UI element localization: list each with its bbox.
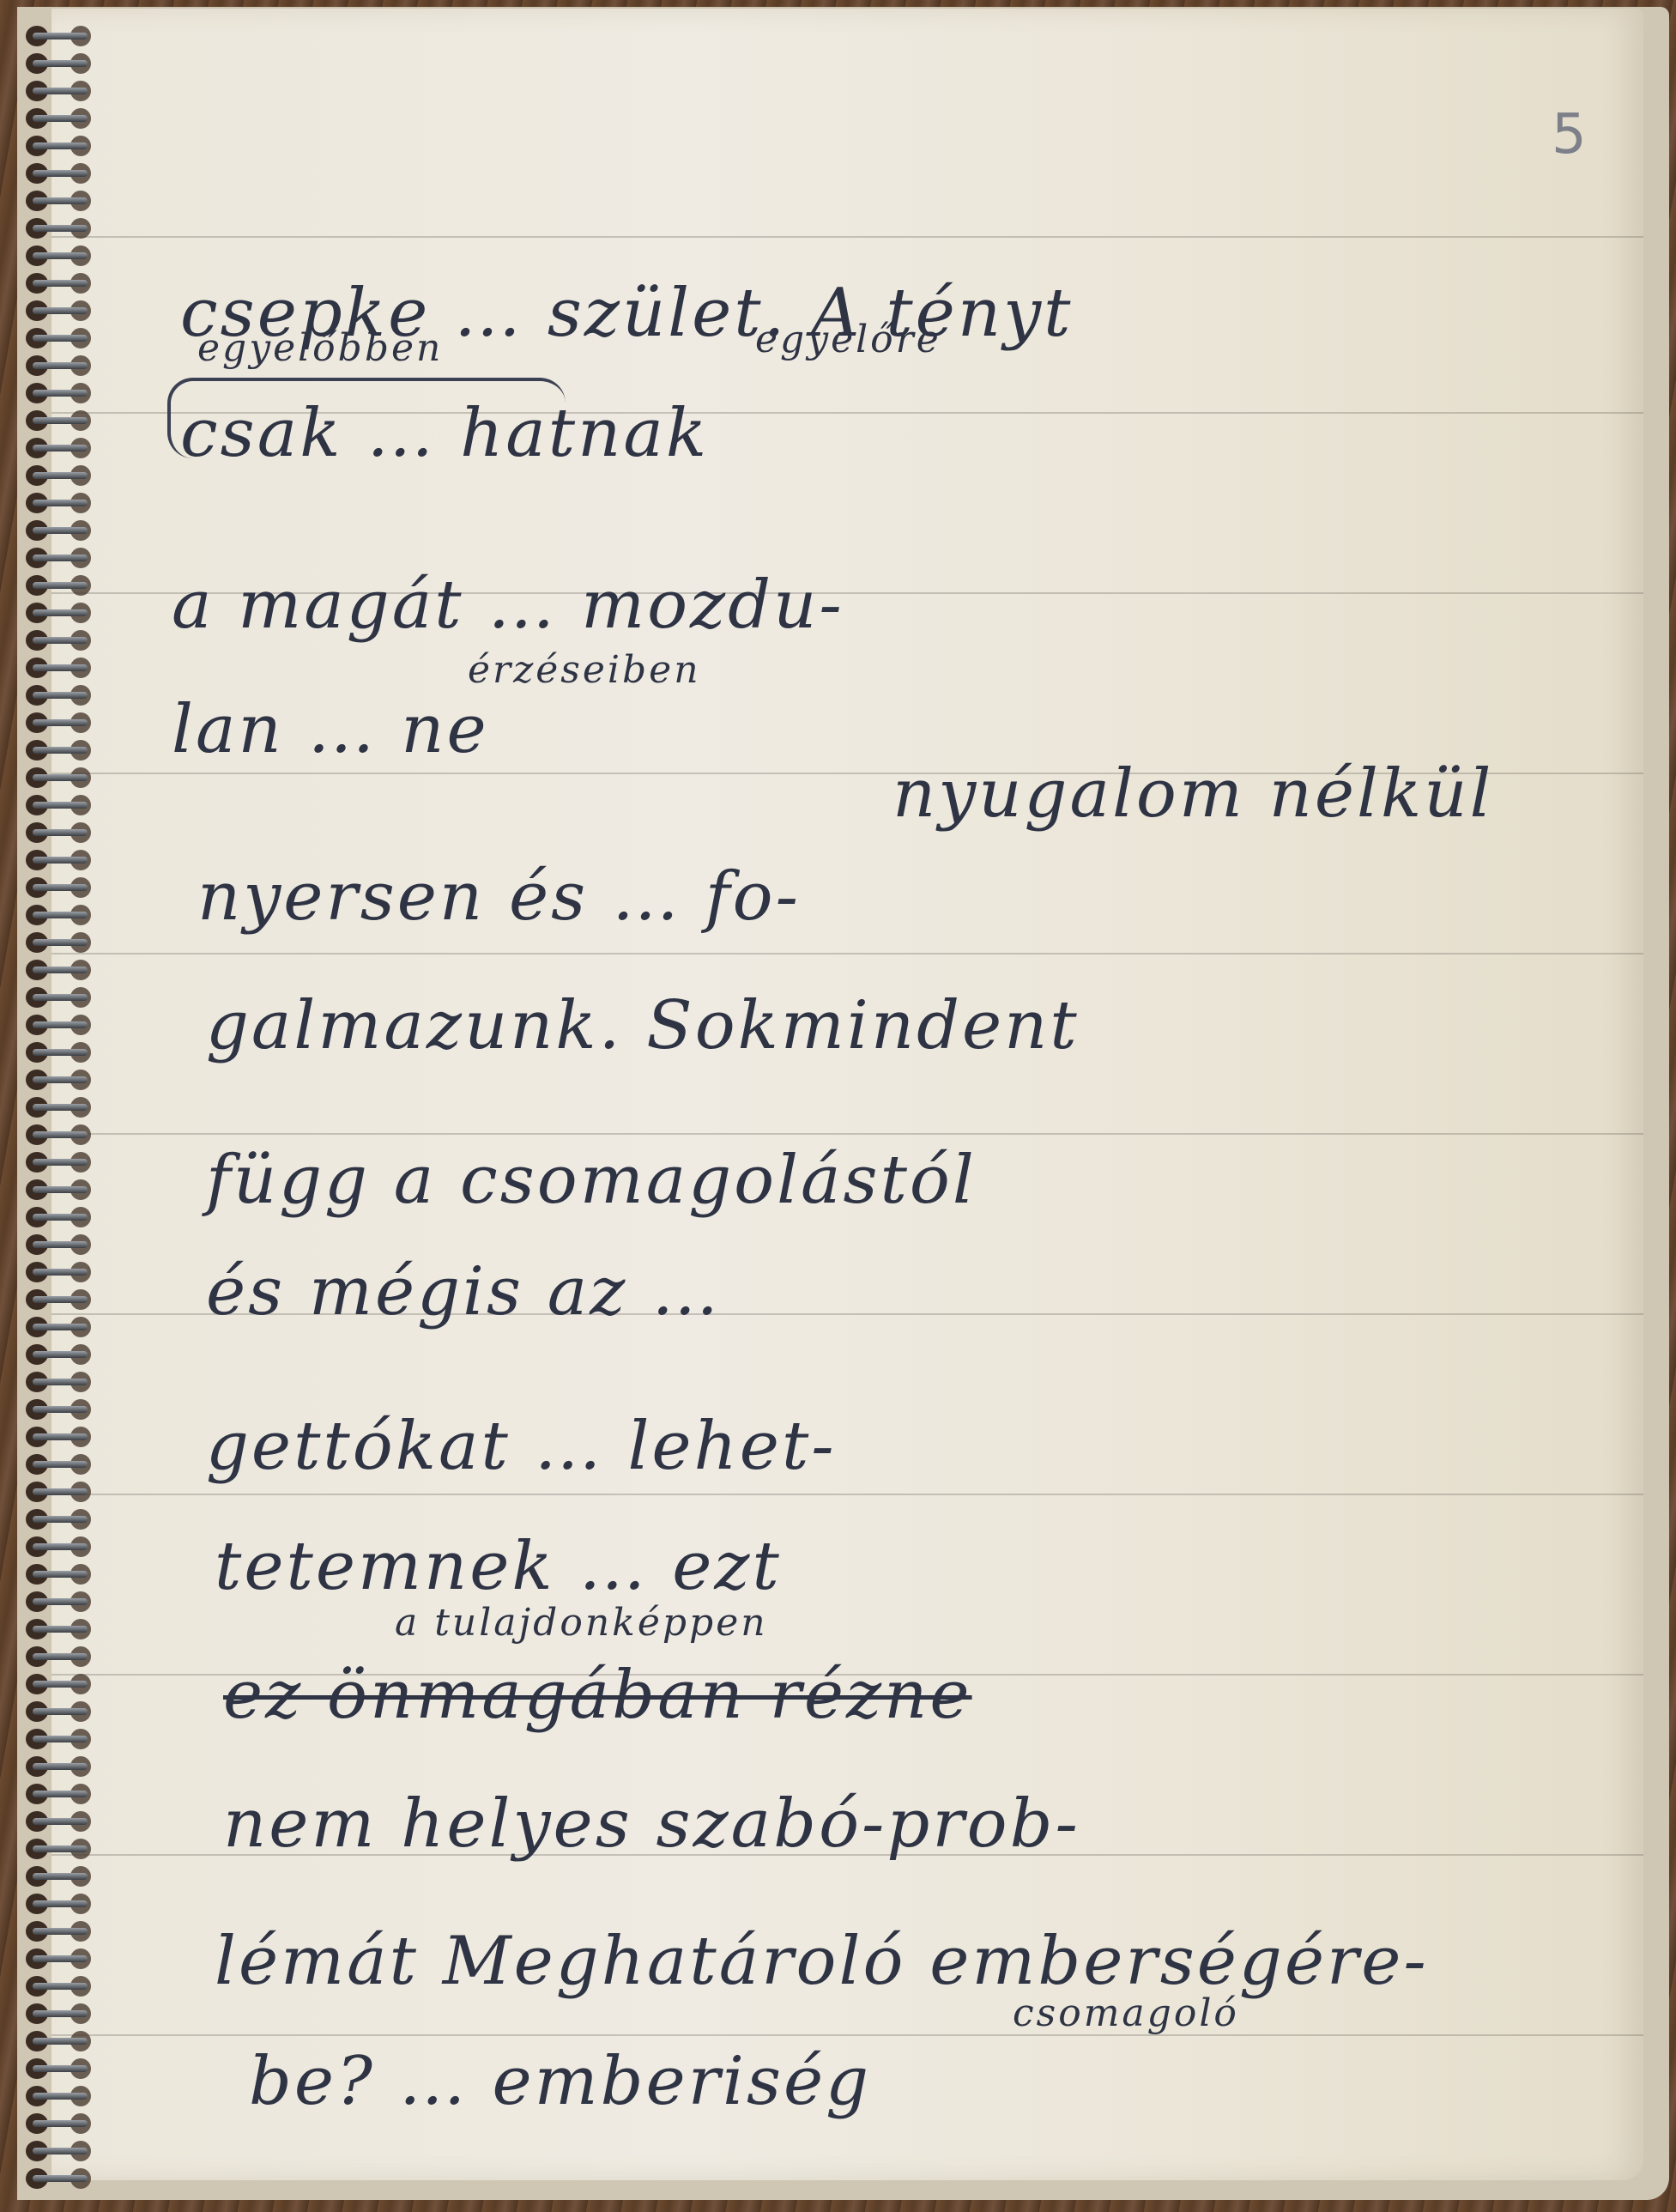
spiral-coil bbox=[26, 108, 94, 129]
spiral-coil bbox=[26, 2141, 94, 2161]
spiral-coil bbox=[26, 548, 94, 568]
spiral-coil bbox=[26, 136, 94, 156]
spiral-coil bbox=[26, 1152, 94, 1173]
insertion: érzéseiben bbox=[468, 648, 701, 692]
spiral-coil bbox=[26, 81, 94, 101]
spiral-coil bbox=[26, 1070, 94, 1090]
spiral-coil bbox=[26, 960, 94, 980]
spiral-coil bbox=[26, 1399, 94, 1420]
spiral-coil bbox=[26, 767, 94, 788]
spiral-coil bbox=[26, 163, 94, 184]
ruled-line bbox=[51, 1494, 1643, 1495]
spiral-coil bbox=[26, 1948, 94, 1969]
ruled-line bbox=[51, 953, 1643, 954]
spiral-coil bbox=[26, 1866, 94, 1887]
ruled-line bbox=[51, 1133, 1643, 1135]
line-12: nem helyes szabó-prob- bbox=[223, 1785, 1080, 1863]
spiral-coil bbox=[26, 1124, 94, 1145]
spiral-coil bbox=[26, 520, 94, 541]
insertion: a tulajdonképpen bbox=[395, 1601, 768, 1645]
spiral-coil bbox=[26, 1564, 94, 1585]
spiral-coil bbox=[26, 1262, 94, 1282]
spiral-coil bbox=[26, 465, 94, 486]
spiral-coil bbox=[26, 1207, 94, 1227]
spiral-coil bbox=[26, 1646, 94, 1667]
spiral-coil bbox=[26, 1317, 94, 1337]
insertion-bracket bbox=[167, 378, 566, 458]
spiral-coil bbox=[26, 575, 94, 596]
line-3: a magát … mozdu- bbox=[172, 567, 844, 644]
spiral-coil bbox=[26, 712, 94, 733]
spiral-coil bbox=[26, 2086, 94, 2106]
spiral-coil bbox=[26, 26, 94, 46]
spiral-coil bbox=[26, 932, 94, 953]
spiral-coil bbox=[26, 1179, 94, 1200]
line-4: lan … ne bbox=[172, 691, 489, 768]
spiral-coil bbox=[26, 191, 94, 211]
spiral-coil bbox=[26, 658, 94, 678]
spiral-coil bbox=[26, 355, 94, 376]
spiral-coil bbox=[26, 53, 94, 74]
spiral-coil bbox=[26, 1289, 94, 1310]
spiral-coil bbox=[26, 1729, 94, 1749]
spiral-coil bbox=[26, 685, 94, 706]
line-14: be? … emberiség bbox=[249, 2043, 871, 2120]
spiral-coil bbox=[26, 1921, 94, 1942]
spiral-coil bbox=[26, 1839, 94, 1859]
spiral-coil bbox=[26, 1619, 94, 1639]
ruled-line bbox=[51, 236, 1643, 238]
spiral-coil bbox=[26, 1042, 94, 1063]
spiral-coil bbox=[26, 1509, 94, 1530]
spiral-binding bbox=[17, 17, 94, 2197]
spiral-coil bbox=[26, 1591, 94, 1612]
spiral-coil bbox=[26, 273, 94, 294]
spiral-coil bbox=[26, 905, 94, 925]
spiral-coil bbox=[26, 1811, 94, 1832]
spiral-coil bbox=[26, 1784, 94, 1804]
line-5: nyersen és … fo- bbox=[197, 858, 801, 936]
spiral-coil bbox=[26, 1894, 94, 1914]
spiral-coil bbox=[26, 822, 94, 843]
spiral-coil bbox=[26, 987, 94, 1008]
line-11: ez önmagában rézne bbox=[223, 1657, 972, 1734]
line-4b: nyugalom nélkül bbox=[892, 755, 1493, 833]
spiral-coil bbox=[26, 1756, 94, 1777]
spiral-coil bbox=[26, 877, 94, 898]
spiral-coil bbox=[26, 1454, 94, 1475]
insertion: egyelőre bbox=[755, 318, 941, 361]
spiral-coil bbox=[26, 410, 94, 431]
spiral-coil bbox=[26, 1097, 94, 1118]
line-10: tetemnek … ezt bbox=[215, 1528, 782, 1605]
spiral-coil bbox=[26, 2003, 94, 2024]
spiral-coil bbox=[26, 1674, 94, 1694]
page-number: 5 bbox=[1552, 103, 1587, 167]
spiral-coil bbox=[26, 383, 94, 403]
spiral-coil bbox=[26, 245, 94, 266]
spiral-coil bbox=[26, 1427, 94, 1447]
spiral-coil bbox=[26, 795, 94, 815]
spiral-coil bbox=[26, 1372, 94, 1392]
spiral-coil bbox=[26, 2168, 94, 2189]
ruled-line bbox=[51, 2034, 1643, 2036]
spiral-coil bbox=[26, 218, 94, 239]
spiral-coil bbox=[26, 1536, 94, 1557]
spiral-coil bbox=[26, 2031, 94, 2051]
spiral-coil bbox=[26, 2058, 94, 2079]
spiral-coil bbox=[26, 328, 94, 348]
spiral-coil bbox=[26, 1701, 94, 1722]
spiral-coil bbox=[26, 1234, 94, 1255]
spiral-coil bbox=[26, 493, 94, 513]
line-9: gettókat … lehet- bbox=[206, 1408, 837, 1485]
line-7: függ a csomagolástól bbox=[206, 1142, 977, 1219]
line-6: galmazunk. Sokmindent bbox=[206, 987, 1080, 1064]
line-8: és mégis az … bbox=[206, 1253, 721, 1330]
spiral-coil bbox=[26, 1344, 94, 1365]
insertion: csomagoló bbox=[1013, 1991, 1239, 2035]
insertion: egyelőbben bbox=[197, 326, 443, 370]
spiral-coil bbox=[26, 1482, 94, 1502]
spiral-coil bbox=[26, 850, 94, 870]
spiral-coil bbox=[26, 740, 94, 761]
spiral-coil bbox=[26, 1976, 94, 1997]
line-13: lémát Meghatároló emberségére- bbox=[215, 1923, 1429, 2000]
spiral-coil bbox=[26, 603, 94, 623]
spiral-coil bbox=[26, 1015, 94, 1035]
spiral-coil bbox=[26, 2113, 94, 2134]
spiral-coil bbox=[26, 300, 94, 321]
spiral-coil bbox=[26, 630, 94, 651]
spiral-coil bbox=[26, 438, 94, 458]
